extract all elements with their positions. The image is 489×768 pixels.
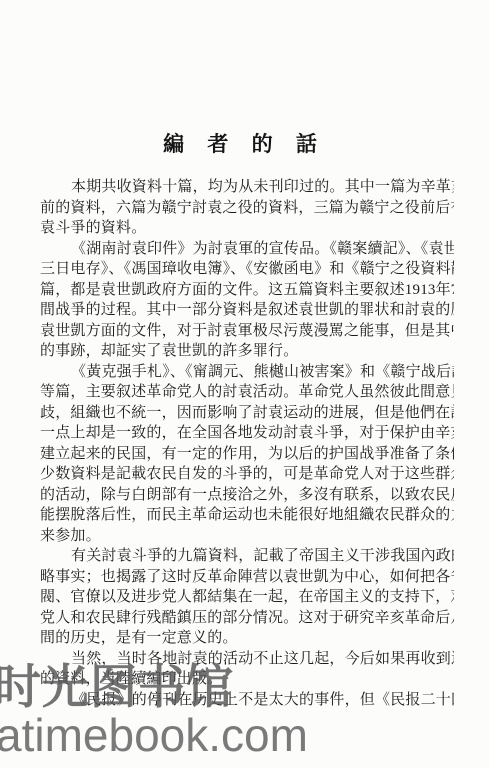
text-line: 閥、官僚以及进步党人都結集在一起，在帝国主义的支持下，对革命	[40, 587, 454, 608]
text-line: 的資料，当陸續編印出版。	[40, 669, 454, 690]
text-line: 能摆脫落后性，而民主革命运动也未能很好地組織农民群众的力量	[40, 505, 454, 526]
text-line: 有关討袁斗爭的九篇資料，記載了帝国主义干涉我国內政的侵	[40, 546, 454, 567]
text-line: 前的資料，六篇为赣宁討袁之役的資料，三篇为赣宁之役前后有关討	[40, 198, 454, 219]
text-line: 間战爭的过程。其中一部分資料是叙述袁世凱的罪状和討袁的原因。	[40, 300, 454, 321]
page-title: 編 者 的 話	[0, 128, 489, 158]
text-line: 間的历史，是有一定意义的。	[40, 628, 454, 649]
text-line: 等篇，主要叙述革命党人的討袁活动。革命党人虽然彼此間意見分	[40, 382, 454, 403]
text-line: 当然，当时各地討袁的活动不止这几起，今后如果再收到这方面	[40, 649, 454, 670]
text-line: 少数資料是記載农民自发的斗爭的，可是革命党人对于这些群众性	[40, 464, 454, 485]
text-line: 《湖南討袁印件》为討袁軍的宣传品。《赣案續記》、《袁世凱政府	[40, 239, 454, 260]
document-body: 本期共收資料十篇，均为从未刊印过的。其中一篇为辛革亥命前的資料，六篇为赣宁討袁之…	[40, 177, 454, 710]
text-line: 略事实；也揭露了这时反革命陣营以袁世凱为中心，如何把各省的軍	[40, 567, 454, 588]
text-line: 的事跡，却証实了袁世凱的許多罪行。	[40, 341, 454, 362]
text-line: 《民报》的停刊在历史上不是太大的事件，但《民报二十四号停止	[40, 690, 454, 711]
text-line: 三日电存》、《馮国璋收电簿》、《安徽函电》和《赣宁之役資料散輯》等	[40, 259, 454, 280]
text-line: 本期共收資料十篇，均为从未刊印过的。其中一篇为辛革亥命	[40, 177, 454, 198]
scanned-book-page: 編 者 的 話 本期共收資料十篇，均为从未刊印过的。其中一篇为辛革亥命前的資料，…	[0, 0, 489, 768]
text-line: 歧，組織也不統一，因而影响了討袁运动的进展，但是他們在討袁这	[40, 403, 454, 424]
text-line: 的活动，除与白朗部有一点接洽之外，多沒有联系，以致农民反抗不	[40, 485, 454, 506]
website-watermark: atimebook.com	[0, 708, 308, 762]
text-line: 袁世凱方面的文件，对于討袁軍极尽污蔑漫罵之能事，但是其中說到	[40, 321, 454, 342]
text-line: 一点上却是一致的，在全国各地发动討袁斗爭，对于保护由辛亥革命	[40, 423, 454, 444]
text-line: 建立起来的民国，有一定的作用，为以后的护国战爭准备了条件。有	[40, 444, 454, 465]
text-line: 《黃克强手札》、《甯調元、熊樾山被害案》和《赣宁战后討袁資料》	[40, 362, 454, 383]
text-line: 篇，都是袁世凱政府方面的文件。这五篇資料主要叙述1913年7、8月	[40, 280, 454, 301]
text-line: 来参加。	[40, 526, 454, 547]
text-line: 党人和农民肆行残酷鎮压的部分情况。这对于研究辛亥革命后几年	[40, 608, 454, 629]
text-line: 袁斗爭的資料。	[40, 218, 454, 239]
